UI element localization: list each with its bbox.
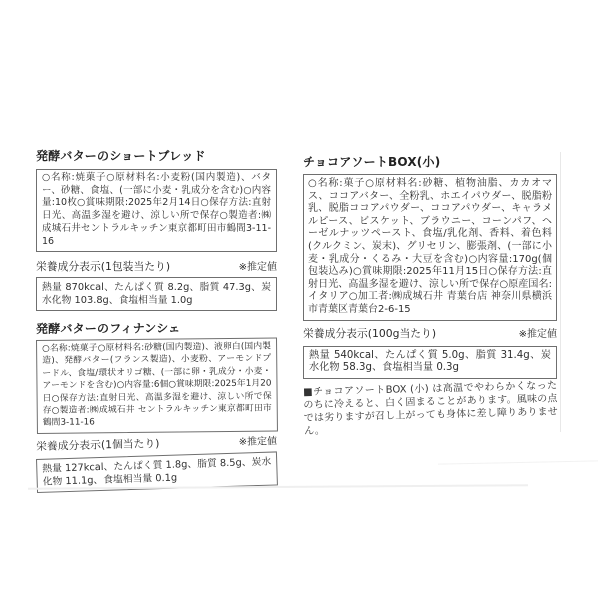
ingredient-info-box: ○名称:焼菓子○原材料名:砂糖(国内製造)、液卵白(国内製造)、発酵バター(フラ… [36, 338, 278, 434]
ingredient-text: ○名称:焼菓子○原材料名:砂糖(国内製造)、液卵白(国内製造)、発酵バター(フラ… [42, 341, 272, 430]
nutrition-facts-box: 熱量 540kcal、たんぱく質 5.0g、脂質 31.4g、炭水化物 58.3… [303, 346, 557, 380]
estimate-value-mark: ※推定値 [239, 261, 277, 274]
product-title: チョコアソートBOX(小) [303, 155, 557, 170]
nutrition-facts-text: 熱量 127kcal、たんぱく質 1.8g、脂質 8.5g、炭水化物 11.1g… [42, 456, 272, 489]
estimate-value-mark: ※推定値 [519, 328, 557, 341]
nutrition-heading: 栄養成分表示(100g当たり) [303, 327, 436, 340]
product-title: 発酵バターのフィナンシェ [36, 321, 277, 337]
scan-edge-artifact-vertical [560, 152, 561, 432]
left-column: 発酵バターのショートブレッド ○名称:焼菓子○原材料名:小麦粉(国内製造)、バタ… [36, 149, 277, 493]
label-sheet-scan: 発酵バターのショートブレッド ○名称:焼菓子○原材料名:小麦粉(国内製造)、バタ… [0, 0, 600, 600]
product-label-shortbread: 発酵バターのショートブレッド ○名称:焼菓子○原材料名:小麦粉(国内製造)、バタ… [36, 149, 277, 311]
product-label-choco-assort-box: チョコアソートBOX(小) ○名称:菓子○原材料名:砂糖、植物油脂、カカオマス、… [303, 155, 557, 439]
ingredient-info-box: ○名称:焼菓子○原材料名:小麦粉(国内製造)、バター、砂糖、食塩、(一部に小麦・… [36, 169, 277, 252]
nutrition-heading: 栄養成分表示(1個当たり) [36, 437, 160, 453]
nutrition-heading-row: 栄養成分表示(100g当たり) ※推定値 [303, 327, 557, 341]
ingredient-info-box: ○名称:菓子○原材料名:砂糖、植物油脂、カカオマス、ココアバター、全粉乳、ホエイ… [303, 174, 557, 321]
scan-edge-artifact-corner [438, 460, 598, 464]
product-title: 発酵バターのショートブレッド [36, 149, 277, 164]
nutrition-facts-text: 熱量 540kcal、たんぱく質 5.0g、脂質 31.4g、炭水化物 58.3… [309, 350, 551, 376]
ingredient-text: ○名称:焼菓子○原材料名:小麦粉(国内製造)、バター、砂糖、食塩、(一部に小麦・… [42, 172, 271, 248]
nutrition-heading-row: 栄養成分表示(1個当たり) ※推定値 [36, 434, 277, 454]
product-label-financier: 発酵バターのフィナンシェ ○名称:焼菓子○原材料名:砂糖(国内製造)、液卵白(国… [36, 322, 277, 493]
nutrition-facts-box: 熱量 870kcal、たんぱく質 8.2g、脂質 47.3g、炭水化物 103.… [36, 277, 277, 311]
nutrition-heading: 栄養成分表示(1包装当たり) [36, 260, 170, 273]
estimate-value-mark: ※推定値 [239, 435, 278, 449]
nutrition-facts-text: 熱量 870kcal、たんぱく質 8.2g、脂質 47.3g、炭水化物 103.… [42, 281, 271, 307]
storage-remark: ■チョコアソートBOX (小) は高温でやわらかくなったのちに冷えると、白く固ま… [303, 380, 558, 438]
ingredient-text: ○名称:菓子○原材料名:砂糖、植物油脂、カカオマス、ココアバター、全粉乳、ホエイ… [308, 178, 552, 317]
nutrition-heading-row: 栄養成分表示(1包装当たり) ※推定値 [36, 260, 277, 274]
right-column: チョコアソートBOX(小) ○名称:菓子○原材料名:砂糖、植物油脂、カカオマス、… [303, 155, 557, 439]
